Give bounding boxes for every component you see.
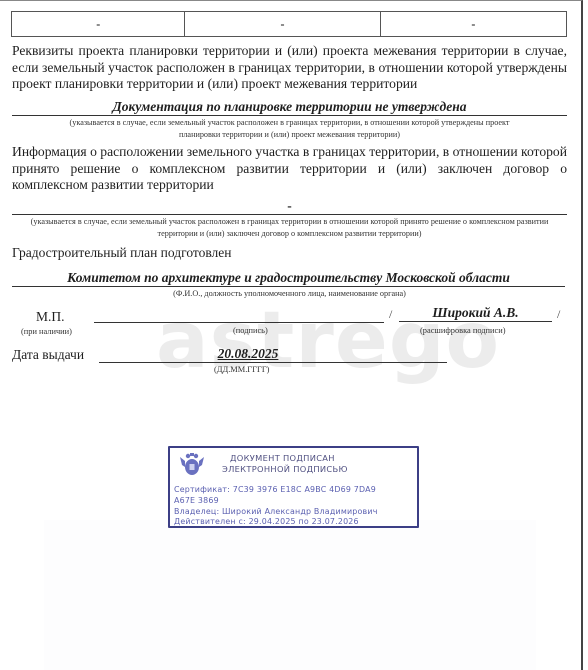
stamp-title-line1: ДОКУМЕНТ ПОДПИСАН (230, 453, 335, 463)
signer-name-note: (расшифровка подписи) (420, 326, 506, 335)
table-cell: - (12, 12, 185, 36)
signature-slash: / (389, 307, 392, 322)
stamp-title-line2: ЭЛЕКТРОННОЙ ПОДПИСЬЮ (222, 464, 348, 474)
stamp-place-note: (при наличии) (21, 327, 72, 336)
issue-date-label: Дата выдачи (12, 347, 84, 363)
signer-name: Широкий А.В. (399, 305, 552, 321)
top-table-row: - - - (11, 11, 567, 37)
issue-date-value: 20.08.2025 (210, 346, 286, 362)
complex-development-label: Информация о расположении земельного уча… (12, 144, 567, 194)
signer-name-line (399, 321, 552, 322)
signature-slash-end: / (557, 307, 560, 322)
signature-note: (подпись) (233, 326, 268, 335)
table-cell: - (381, 12, 566, 36)
stamp-owner: Владелец: Широкий Александр Владимирович (174, 507, 378, 516)
prepared-by-note: (Ф.И.О., должность уполномоченного лица,… (12, 288, 567, 300)
planning-requisites-value: Документация по планировке территории не… (12, 98, 567, 116)
issue-date-format-note: (ДД.ММ.ГГГГ) (214, 365, 269, 374)
page-background (44, 520, 536, 670)
table-cell: - (185, 12, 380, 36)
e-signature-stamp: ДОКУМЕНТ ПОДПИСАН ЭЛЕКТРОННОЙ ПОДПИСЬЮ С… (168, 446, 419, 528)
complex-development-note: (указывается в случае, если земельный уч… (12, 216, 567, 239)
stamp-certificate-line1: Сертификат: 7C39 3976 E18C A9BC 4D69 7DA… (174, 485, 376, 494)
prepared-by-value: Комитетом по архитектуре и градостроител… (12, 269, 565, 287)
signature-line (94, 322, 384, 323)
prepared-by-label: Градостроительный план подготовлен (12, 245, 232, 261)
stamp-certificate-line2: A67E 3869 (174, 496, 219, 505)
planning-requisites-note: (указывается в случае, если земельный уч… (12, 117, 567, 140)
russian-coat-of-arms-icon (180, 453, 204, 479)
stamp-validity: Действителен с: 29.04.2025 по 23.07.2026 (174, 517, 359, 526)
stamp-place-label: М.П. (36, 309, 65, 325)
complex-development-value: - (12, 197, 567, 215)
issue-date-line (99, 362, 447, 363)
planning-requisites-label: Реквизиты проекта планировки территории … (12, 43, 567, 93)
